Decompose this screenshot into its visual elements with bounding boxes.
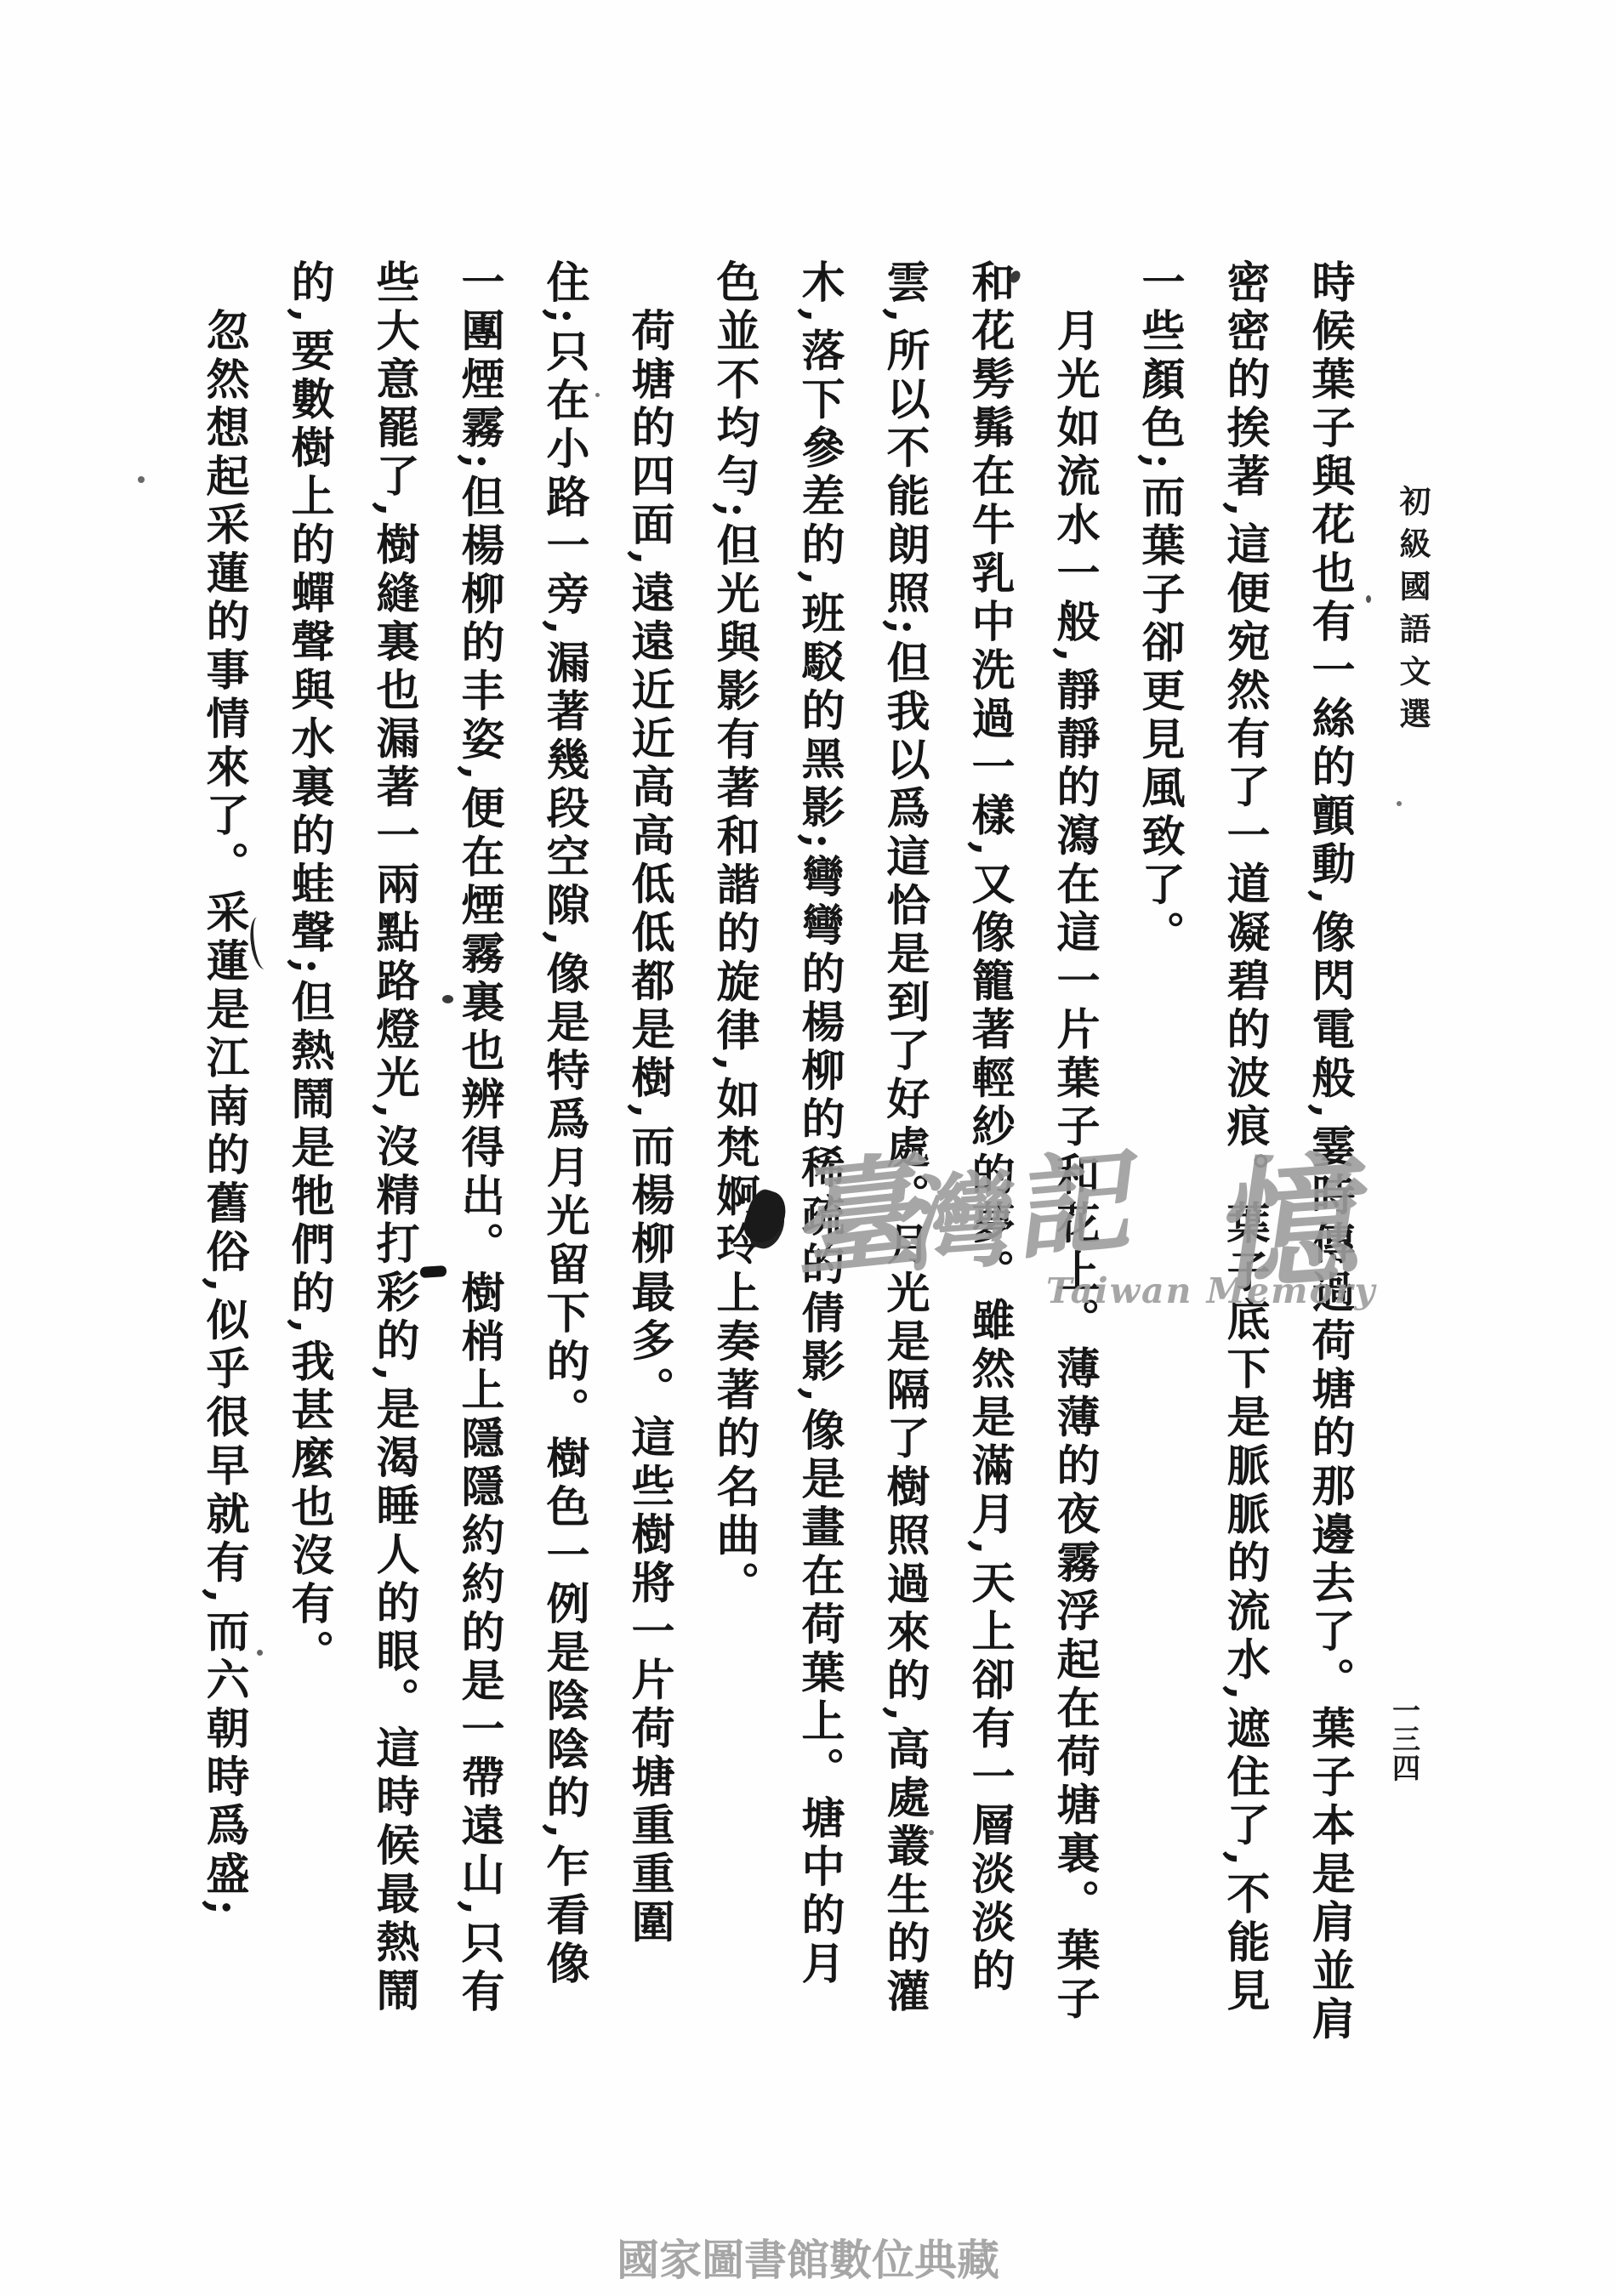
page-number: 一三四 bbox=[1385, 1696, 1425, 1782]
text-column: 荷塘的四面,遠遠近近高高低低都是樹,而楊柳最多。這些樹將一片荷塘重重圍 bbox=[606, 259, 691, 2156]
text-column: 住;只在小路一旁,漏著幾段空隙,像是特爲月光留下的。樹色一例是陰陰的,乍看像 bbox=[521, 259, 606, 2156]
text-column: 月光如流水一般,靜靜的瀉在這一片葉子和花上。薄薄的夜霧浮起在荷塘裏。葉子 bbox=[1032, 259, 1117, 2156]
essay-text-block: 時候葉子與花也有一絲的顫動,像閃電般,霎時傳過荷塘的那邊去了。葉子本是肩並肩密密… bbox=[181, 259, 1372, 2156]
text-column: 的,要數樹上的蟬聲與水裏的蛙聲;但熱鬧是牠們的,我甚麼也沒有。 bbox=[266, 259, 351, 2156]
text-column: 一團煙霧;但楊柳的丰姿,便在煙霧裏也辨得出。樹梢上隱隱約約的是一帶遠山,只有 bbox=[436, 259, 521, 2156]
text-column: 密密的挨著,這便宛然有了一道凝碧的波痕。葉子底下是脈脈的流水,遮住了,不能見 bbox=[1202, 259, 1287, 2156]
ink-speck bbox=[1397, 801, 1402, 806]
book-page-scan: 時候葉子與花也有一絲的顫動,像閃電般,霎時傳過荷塘的那邊去了。葉子本是肩並肩密密… bbox=[0, 0, 1616, 2296]
text-column: 一些顏色;而葉子卻更見風致了。 bbox=[1117, 259, 1202, 2156]
text-column: 色並不均勻;但光與影有著和諧的旋律,如梵婀玲上奏著的名曲。 bbox=[691, 259, 777, 2156]
text-column: 和花髣髴在牛乳中洗過一樣,又像籠著輕紗的夢。雖然是滿月,天上卻有一層淡淡的 bbox=[947, 259, 1032, 2156]
text-column: 雲,所以不能朗照;但我以爲這恰是到了好處。月光是隔了樹照過來的,高處叢生的灌 bbox=[862, 259, 947, 2156]
ink-speck bbox=[138, 476, 145, 483]
text-column: 些大意罷了,樹縫裏也漏著一兩點路燈光,沒精打彩的,是渴睡人的眼。這時候最熱鬧 bbox=[351, 259, 436, 2156]
library-digitization-credit: 國家圖書館數位典藏 bbox=[0, 2226, 1616, 2287]
text-column: 忽然想起采蓮的事情來了。采蓮是江南的舊俗,似乎很早就有,而六朝時爲盛; bbox=[181, 259, 266, 2156]
text-column: 木,落下參差的,班駁的黑影;彎彎的楊柳的稀疏的倩影,像是畫在荷葉上。塘中的月 bbox=[777, 259, 862, 2156]
text-column: 時候葉子與花也有一絲的顫動,像閃電般,霎時傳過荷塘的那邊去了。葉子本是肩並肩 bbox=[1287, 259, 1372, 2156]
book-title-margin-label: 初級國語文選 bbox=[1390, 485, 1436, 740]
